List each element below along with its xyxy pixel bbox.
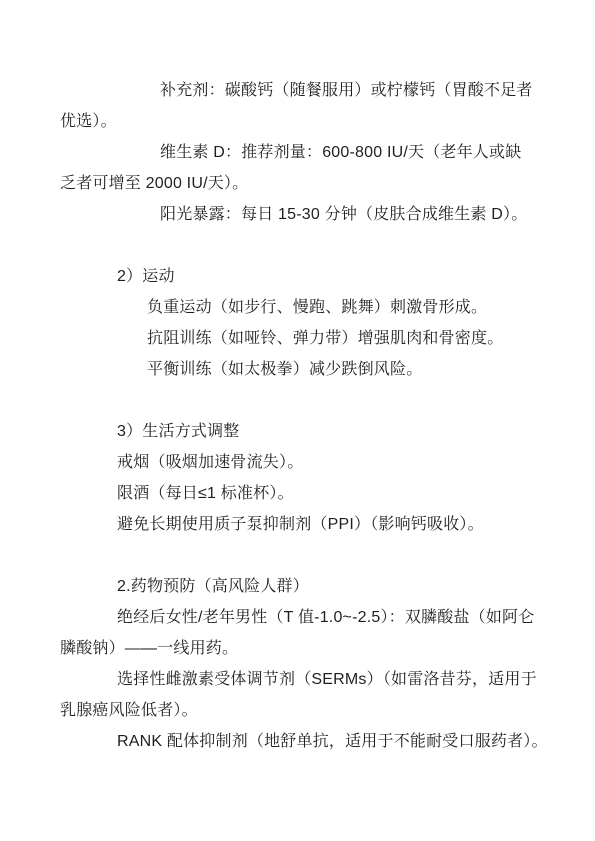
text-line: 平衡训练（如太极拳）减少跌倒风险。 bbox=[60, 354, 540, 385]
text-line: 膦酸钠）——一线用药。 bbox=[60, 633, 540, 664]
text-line: 负重运动（如步行、慢跑、跳舞）刺激骨形成。 bbox=[60, 292, 540, 323]
text-line: 乏者可增至 2000 IU/天）。 bbox=[60, 168, 540, 199]
text-line: 阳光暴露：每日 15-30 分钟（皮肤合成维生素 D）。 bbox=[60, 199, 540, 230]
blank-line bbox=[60, 540, 540, 571]
document-page: 补充剂：碳酸钙（随餐服用）或柠檬钙（胃酸不足者优选）。维生素 D：推荐剂量：60… bbox=[0, 0, 595, 841]
document-text: 补充剂：碳酸钙（随餐服用）或柠檬钙（胃酸不足者优选）。维生素 D：推荐剂量：60… bbox=[60, 75, 540, 757]
text-line: 戒烟（吸烟加速骨流失）。 bbox=[60, 447, 540, 478]
text-line: 优选）。 bbox=[60, 106, 540, 137]
text-line: 乳腺癌风险低者）。 bbox=[60, 695, 540, 726]
text-line: 抗阻训练（如哑铃、弹力带）增强肌肉和骨密度。 bbox=[60, 323, 540, 354]
text-line: 维生素 D：推荐剂量：600-800 IU/天（老年人或缺 bbox=[60, 137, 540, 168]
blank-line bbox=[60, 230, 540, 261]
text-line: 选择性雌激素受体调节剂（SERMs）（如雷洛昔芬，适用于 bbox=[60, 664, 540, 695]
text-line: 2.药物预防（高风险人群） bbox=[60, 571, 540, 602]
blank-line bbox=[60, 385, 540, 416]
text-line: 2）运动 bbox=[60, 261, 540, 292]
text-line: 避免长期使用质子泵抑制剂（PPI）（影响钙吸收）。 bbox=[60, 509, 540, 540]
text-line: RANK 配体抑制剂（地舒单抗，适用于不能耐受口服药者）。 bbox=[60, 726, 540, 757]
text-line: 限酒（每日≤1 标准杯）。 bbox=[60, 478, 540, 509]
text-line: 绝经后女性/老年男性（T 值-1.0~-2.5）：双膦酸盐（如阿仑 bbox=[60, 602, 540, 633]
text-line: 3）生活方式调整 bbox=[60, 416, 540, 447]
text-line: 补充剂：碳酸钙（随餐服用）或柠檬钙（胃酸不足者 bbox=[60, 75, 540, 106]
